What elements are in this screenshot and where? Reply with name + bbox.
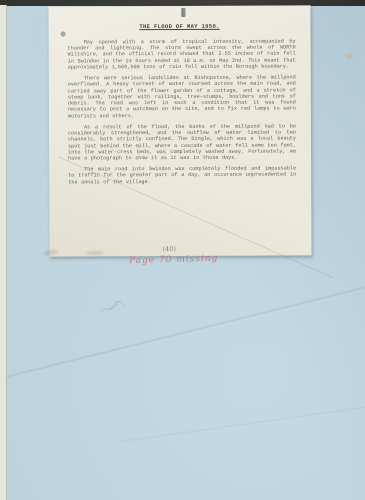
note-body: May opened with a storm of tropical inte… <box>68 38 297 185</box>
album-binding-edge <box>0 5 7 500</box>
pencil-smudge <box>86 251 104 255</box>
note-paragraph-3: As a result of the flood, the banks of t… <box>68 123 296 161</box>
album-crease-line <box>121 399 365 442</box>
note-paragraph-1: May opened with a storm of tropical inte… <box>68 38 296 70</box>
hole-punch-mark <box>61 31 66 36</box>
staple-icon <box>181 8 185 17</box>
note-paragraph-2: There were serious landslides at Bishops… <box>68 75 296 120</box>
album-crease-line <box>0 279 365 383</box>
note-title: THE FLOOD OF MAY 1950. <box>65 22 295 30</box>
pencil-scribble <box>98 298 128 318</box>
paper-stain-fleck <box>345 53 354 59</box>
typewritten-note-page: THE FLOOD OF MAY 1950. May opened with a… <box>48 5 311 256</box>
pencil-page-number: (40) <box>162 245 175 253</box>
